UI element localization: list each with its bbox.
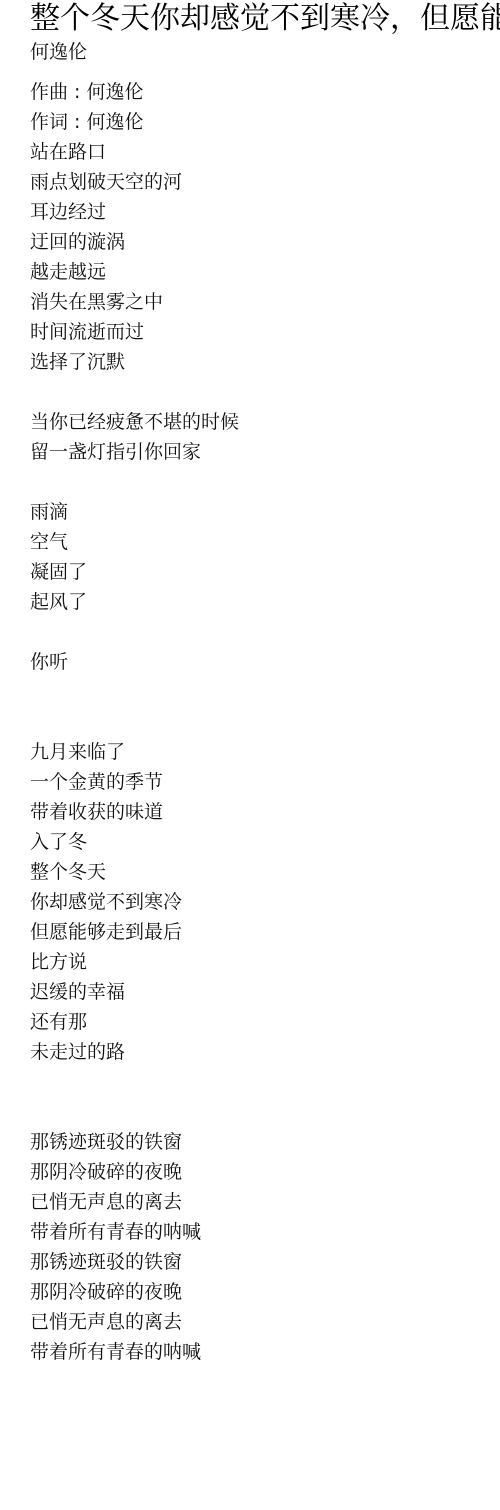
lyric-line: 起风了 [30,587,500,617]
lyric-line: 还有那 [30,1007,500,1037]
lyric-line: 已悄无声息的离去 [30,1187,500,1217]
lyric-line: 空气 [30,527,500,557]
lyric-line: 但愿能够走到最后 [30,917,500,947]
lyric-line: 时间流逝而过 [30,317,500,347]
lyric-line: 留一盏灯指引你回家 [30,437,500,467]
lyric-blank-line [30,677,500,707]
lyric-line: 那锈迹斑驳的铁窗 [30,1247,500,1277]
lyric-blank-line [30,1097,500,1127]
lyric-line: 那阴冷破碎的夜晚 [30,1157,500,1187]
lyric-line: 比方说 [30,947,500,977]
lyrics-page: 整个冬天你却感觉不到寒冷，但愿能够走到最后 何逸伦 作曲 : 何逸伦 作词 : … [30,0,500,1367]
lyric-blank-line [30,1067,500,1097]
lyric-line: 带着所有青春的呐喊 [30,1217,500,1247]
lyric-line: 整个冬天 [30,857,500,887]
lyric-blank-line [30,707,500,737]
lyric-line: 九月来临了 [30,737,500,767]
lyric-line: 带着所有青春的呐喊 [30,1337,500,1367]
lyric-line: 当你已经疲惫不堪的时候 [30,407,500,437]
lyric-line: 越走越远 [30,257,500,287]
lyric-blank-line [30,467,500,497]
lyric-line: 消失在黑雾之中 [30,287,500,317]
lyric-line: 站在路口 [30,137,500,167]
lyric-line: 迂回的漩涡 [30,227,500,257]
lyric-line: 作词 : 何逸伦 [30,107,500,137]
song-title: 整个冬天你却感觉不到寒冷，但愿能够走到最后 [30,0,500,38]
lyric-line: 作曲 : 何逸伦 [30,77,500,107]
lyric-line: 耳边经过 [30,197,500,227]
lyric-blank-line [30,377,500,407]
lyric-line: 雨滴 [30,497,500,527]
song-artist: 何逸伦 [30,37,500,67]
lyric-line: 带着收获的味道 [30,797,500,827]
lyric-blank-line [30,617,500,647]
lyric-line: 你却感觉不到寒冷 [30,887,500,917]
lyric-line: 入了冬 [30,827,500,857]
lyric-line: 已悄无声息的离去 [30,1307,500,1337]
lyrics-body: 作曲 : 何逸伦 作词 : 何逸伦 站在路口 雨点划破天空的河 耳边经过 迂回的… [30,77,500,1367]
lyric-line: 选择了沉默 [30,347,500,377]
lyric-line: 一个金黄的季节 [30,767,500,797]
lyric-line: 那阴冷破碎的夜晚 [30,1277,500,1307]
lyric-line: 迟缓的幸福 [30,977,500,1007]
lyric-line: 那锈迹斑驳的铁窗 [30,1127,500,1157]
lyric-line: 未走过的路 [30,1037,500,1067]
lyric-line: 雨点划破天空的河 [30,167,500,197]
lyric-line: 凝固了 [30,557,500,587]
lyric-line: 你听 [30,647,500,677]
